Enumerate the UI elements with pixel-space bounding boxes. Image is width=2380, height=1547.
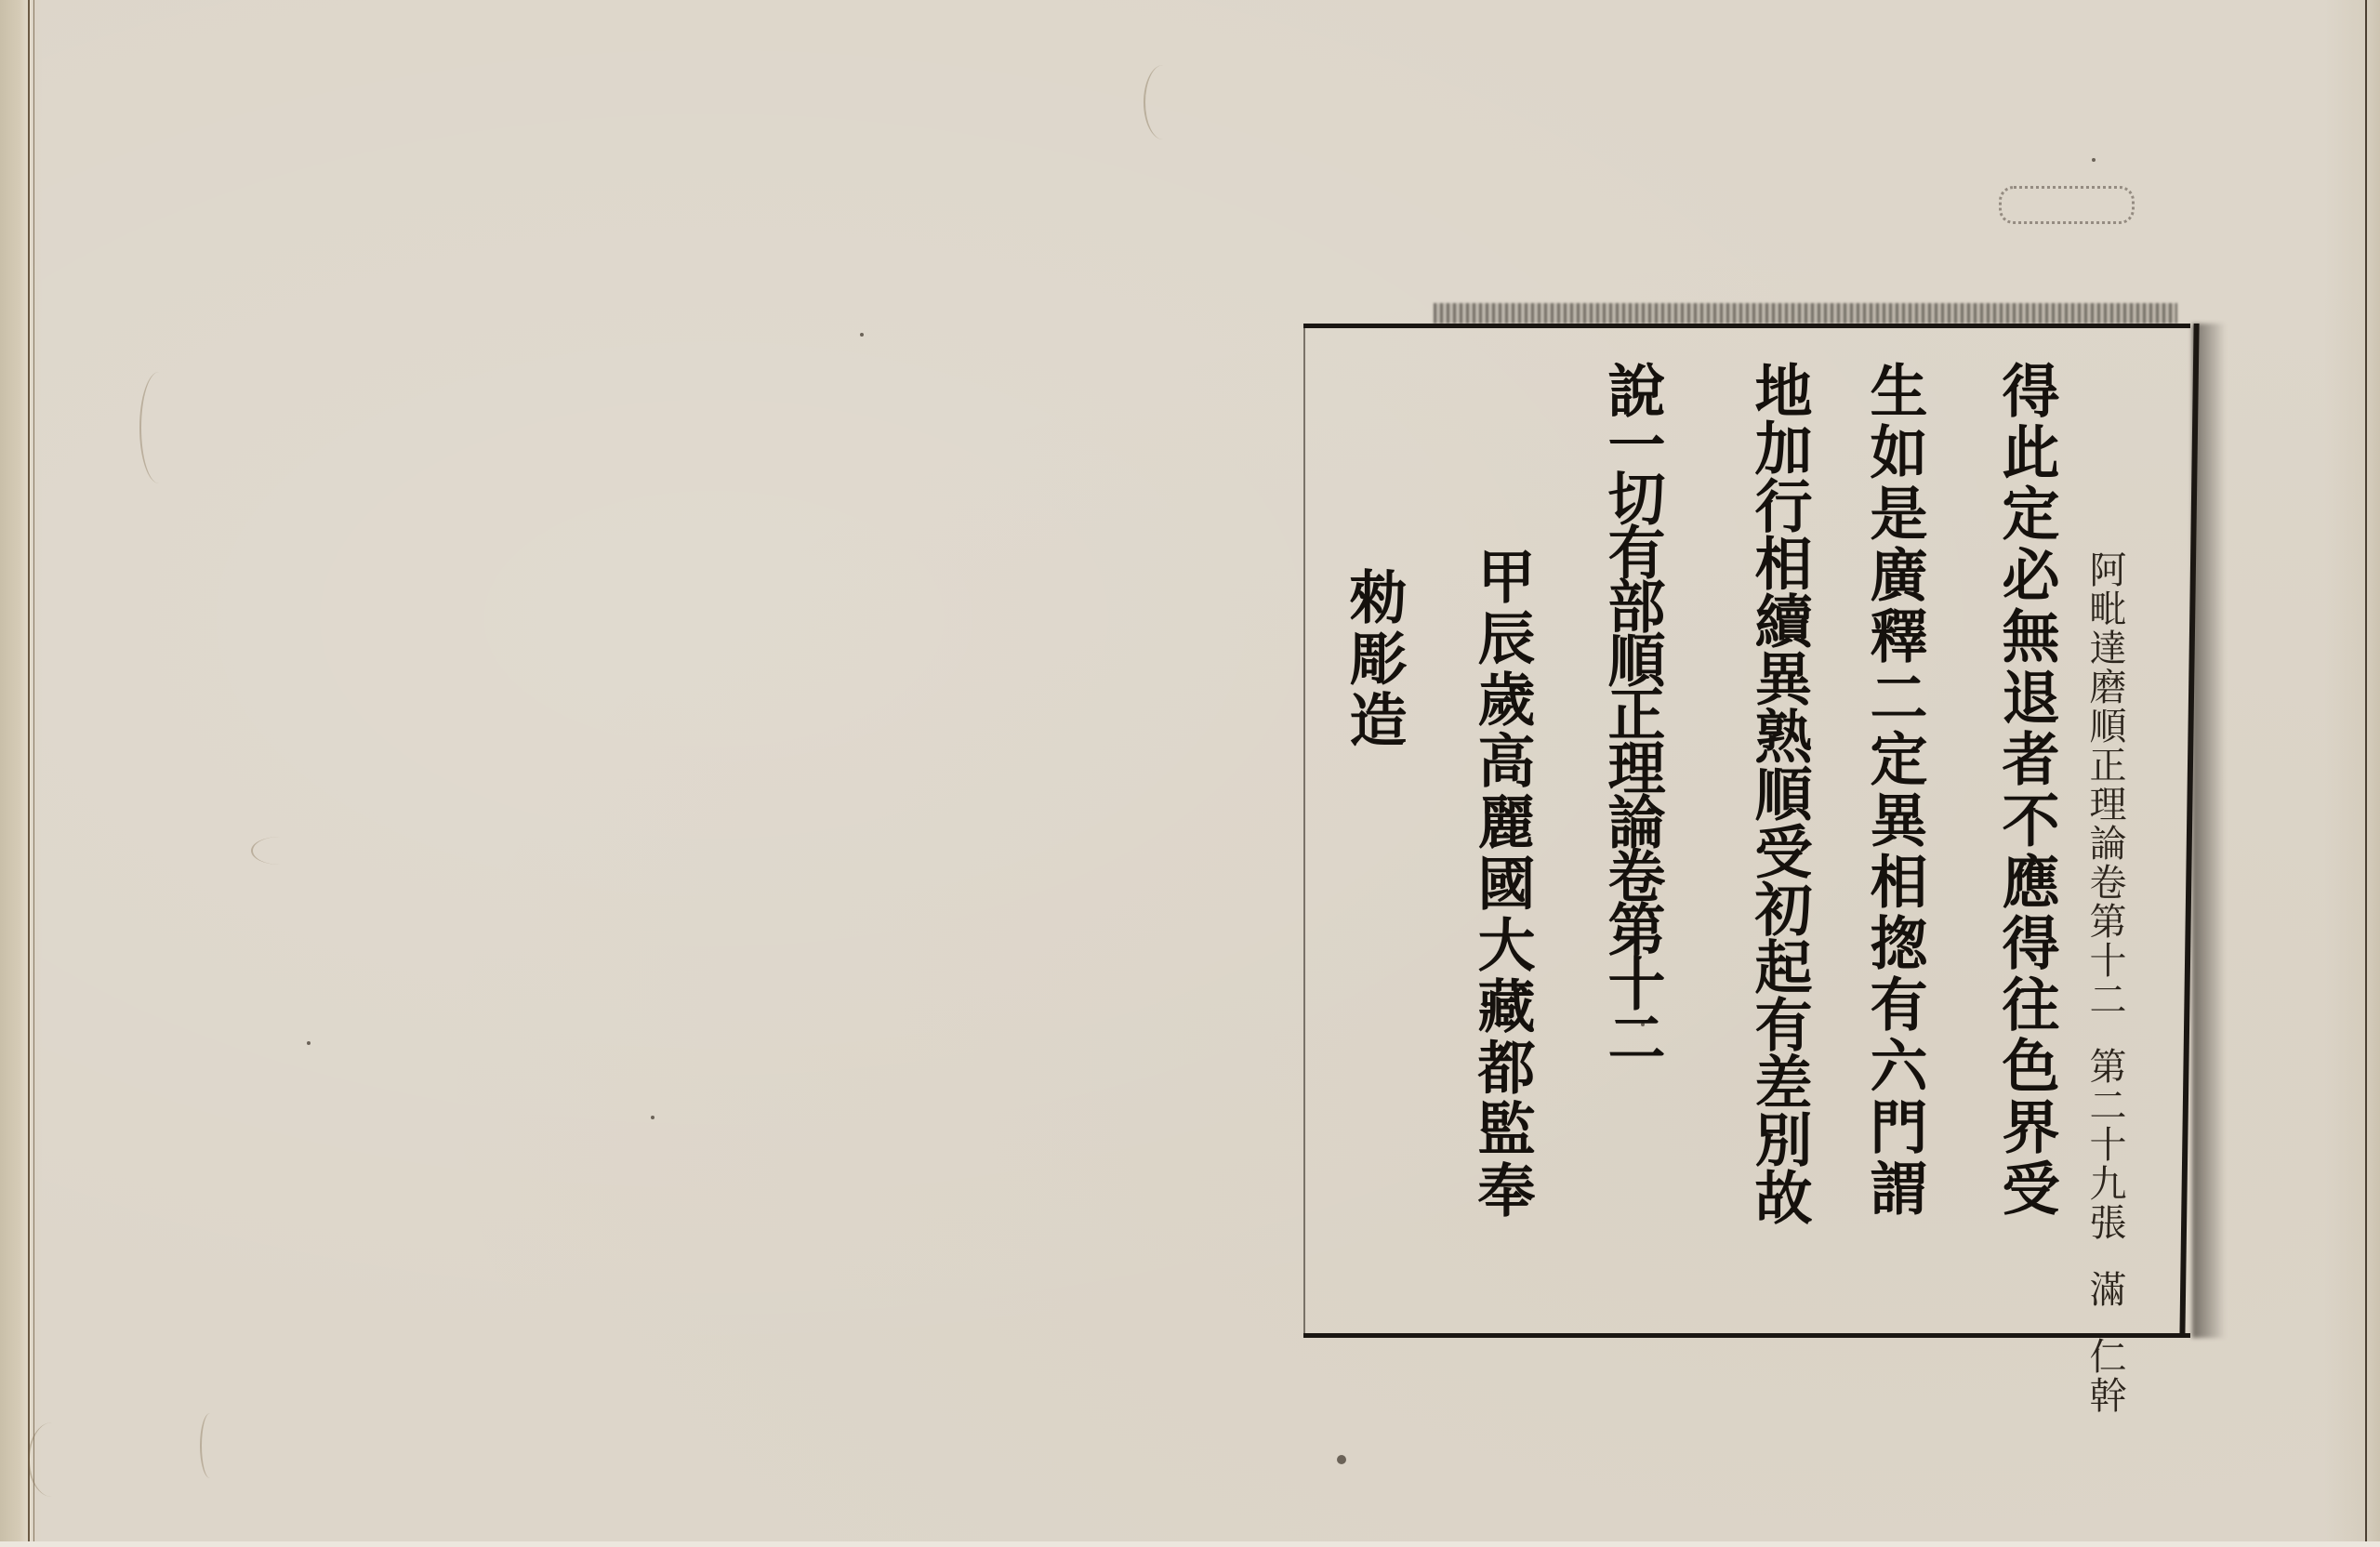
margin-title: 阿毗達磨順正理論卷第十二: [2083, 550, 2126, 1019]
frame-bottom-border: [1303, 1333, 2190, 1338]
ink-smudge: [1999, 186, 2135, 224]
margin-mark: 滿: [2083, 1270, 2126, 1309]
paper-fiber: [139, 372, 178, 483]
colophon-title: 說一切有部順正理論卷第十二: [1603, 361, 1660, 1062]
paper-fiber: [251, 837, 309, 865]
right-page-edge: [2365, 0, 2367, 1547]
paper-fiber: [28, 1422, 76, 1497]
paper-fiber: [200, 1413, 220, 1478]
frame-right-ink-shadow: [2192, 324, 2226, 1338]
binding-line-inner: [33, 0, 34, 1547]
colophon-edict: 勑彫造: [1344, 567, 1402, 751]
text-column-2: 生如是廣釋二定異相揔有六門謂: [1865, 361, 1923, 1220]
paper-fiber: [1144, 65, 1183, 139]
frame-top-border: [1303, 324, 2190, 328]
paper-speck: [307, 1041, 311, 1045]
paper-speck: [2092, 158, 2096, 162]
colophon-publication: 甲辰歲高麗國大藏都監奉: [1473, 547, 1530, 1222]
binding-line: [28, 0, 30, 1547]
text-column-3: 地加行相續異熟順受初起有差別故: [1750, 361, 1807, 1225]
frame-top-ink-bleed: [1434, 303, 2177, 324]
paper-speck: [1337, 1455, 1346, 1464]
bottom-page-edge: [0, 1541, 2380, 1547]
sheet-number: 第二十九張: [2083, 1047, 2126, 1242]
paper-speck: [860, 333, 864, 337]
binding-edge: [0, 0, 32, 1547]
text-column-1: 得此定必無退者不應得往色界受: [1997, 361, 2055, 1220]
margin-column: 阿毗達磨順正理論卷第十二第二十九張滿仁幹: [2086, 550, 2123, 1415]
frame-left-border: [1303, 328, 1305, 1333]
paper-speck: [651, 1116, 654, 1119]
carver-name: 仁幹: [2083, 1337, 2126, 1415]
